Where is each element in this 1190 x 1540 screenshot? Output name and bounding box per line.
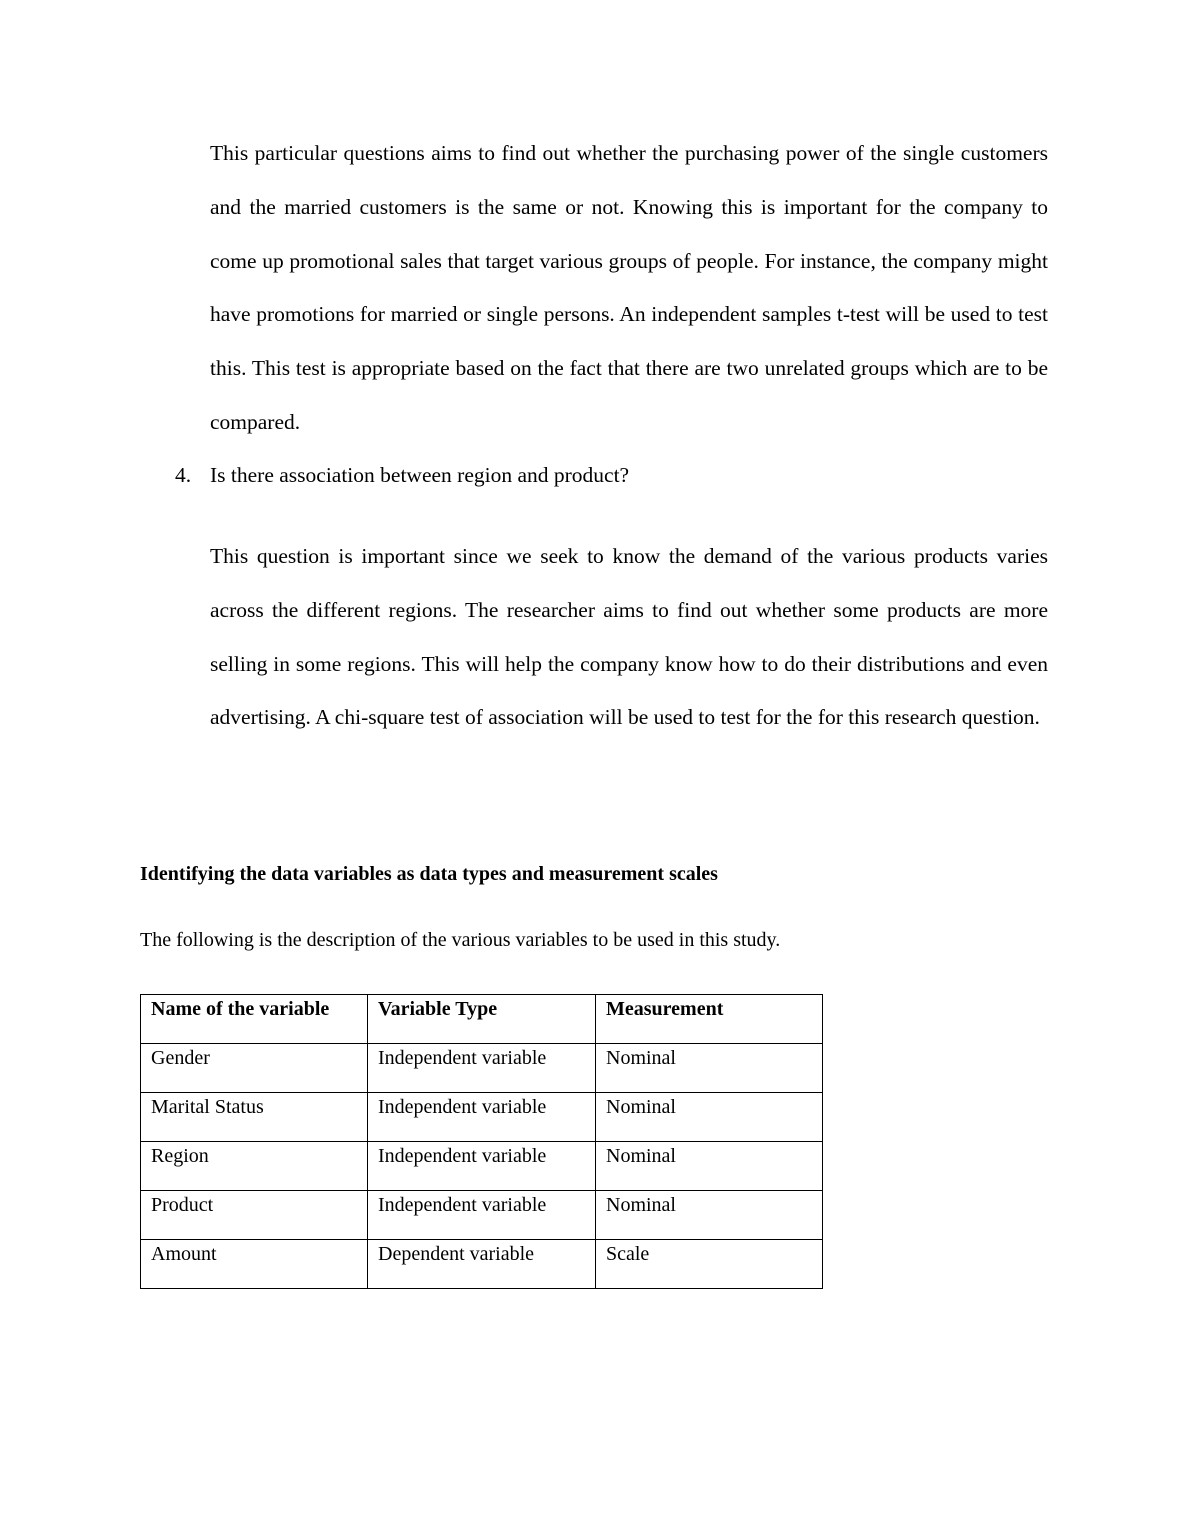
table-row: Amount Dependent variable Scale (141, 1240, 823, 1289)
cell-measurement: Nominal (596, 1044, 823, 1093)
cell-variable-type: Independent variable (368, 1142, 596, 1191)
intro-text: The following is the description of the … (140, 929, 780, 952)
cell-variable-name: Region (141, 1142, 368, 1191)
header-measurement: Measurement (596, 995, 823, 1044)
list-number: 4. (175, 449, 191, 503)
table-header-row: Name of the variable Variable Type Measu… (141, 995, 823, 1044)
cell-variable-type: Independent variable (368, 1191, 596, 1240)
document-page: This particular questions aims to find o… (0, 0, 1190, 1540)
header-variable-name: Name of the variable (141, 995, 368, 1044)
header-variable-type: Variable Type (368, 995, 596, 1044)
cell-measurement: Scale (596, 1240, 823, 1289)
cell-variable-name: Gender (141, 1044, 368, 1093)
cell-measurement: Nominal (596, 1191, 823, 1240)
cell-variable-type: Independent variable (368, 1093, 596, 1142)
paragraph-region-product: This question is important since we seek… (210, 530, 1048, 745)
variables-table: Name of the variable Variable Type Measu… (140, 994, 823, 1289)
cell-variable-name: Product (141, 1191, 368, 1240)
cell-variable-type: Independent variable (368, 1044, 596, 1093)
cell-variable-type: Dependent variable (368, 1240, 596, 1289)
section-heading: Identifying the data variables as data t… (140, 863, 718, 886)
table-row: Gender Independent variable Nominal (141, 1044, 823, 1093)
list-item-text: Is there association between region and … (210, 449, 629, 503)
cell-variable-name: Marital Status (141, 1093, 368, 1142)
table-row: Product Independent variable Nominal (141, 1191, 823, 1240)
paragraph-purchasing-power: This particular questions aims to find o… (210, 127, 1048, 450)
cell-measurement: Nominal (596, 1093, 823, 1142)
table-row: Region Independent variable Nominal (141, 1142, 823, 1191)
cell-measurement: Nominal (596, 1142, 823, 1191)
table-row: Marital Status Independent variable Nomi… (141, 1093, 823, 1142)
cell-variable-name: Amount (141, 1240, 368, 1289)
